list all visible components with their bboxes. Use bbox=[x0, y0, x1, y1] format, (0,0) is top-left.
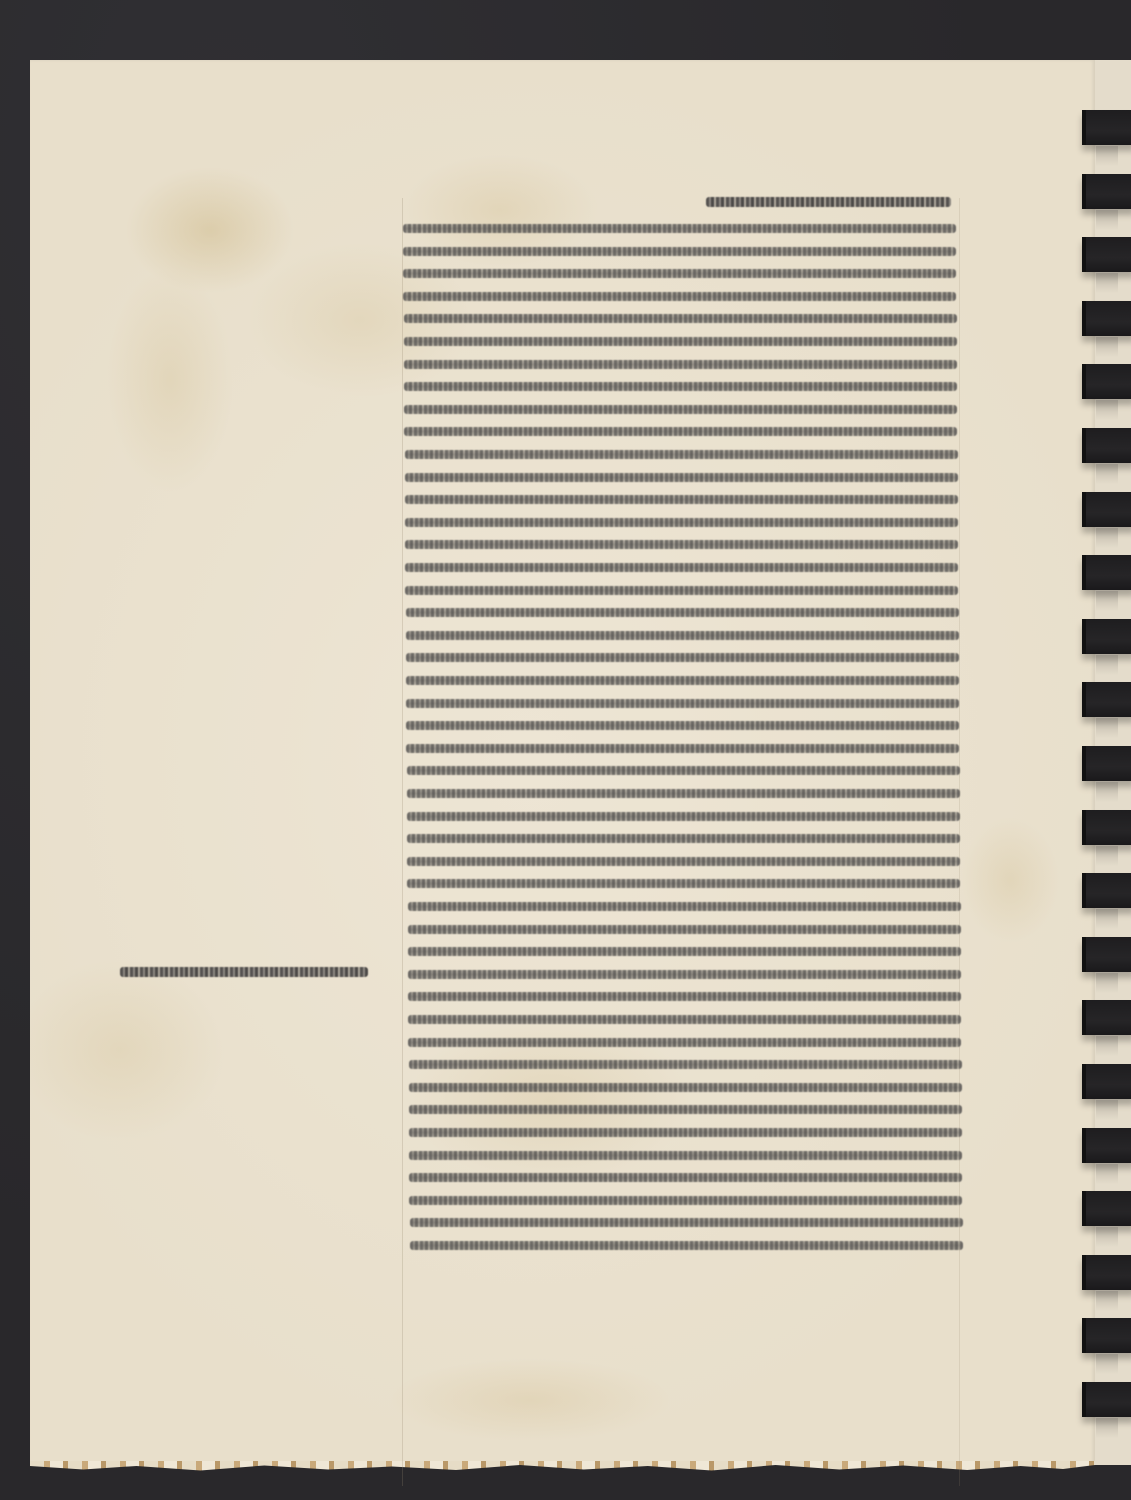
text-line-mark bbox=[405, 495, 958, 504]
text-line-mark bbox=[409, 1173, 962, 1182]
text-line-mark bbox=[407, 879, 960, 888]
text-line-mark bbox=[405, 563, 958, 572]
text-line-mark bbox=[407, 834, 960, 843]
text-line-mark bbox=[404, 382, 957, 391]
binding-coil bbox=[1082, 364, 1131, 399]
text-line-mark bbox=[404, 360, 957, 369]
margin-pencil-mark bbox=[120, 967, 368, 977]
binding-coil bbox=[1082, 810, 1131, 845]
binding-coil bbox=[1082, 746, 1131, 781]
text-line-mark bbox=[408, 902, 961, 911]
text-line-mark bbox=[409, 1151, 962, 1160]
binding-coil bbox=[1082, 110, 1131, 145]
binding-coil bbox=[1082, 301, 1131, 336]
text-line-mark bbox=[407, 789, 960, 798]
text-line-mark bbox=[405, 540, 958, 549]
text-line-mark bbox=[408, 925, 961, 934]
spiral-binding bbox=[1082, 100, 1131, 1430]
text-line-mark bbox=[404, 427, 957, 436]
text-line-mark bbox=[410, 1241, 963, 1250]
binding-coil bbox=[1082, 1128, 1131, 1163]
text-line-mark bbox=[405, 473, 958, 482]
binding-coil bbox=[1082, 555, 1131, 590]
text-line-mark bbox=[409, 1105, 962, 1114]
text-line-mark bbox=[405, 586, 958, 595]
text-line-mark bbox=[403, 247, 956, 256]
binding-coil bbox=[1082, 1382, 1131, 1417]
text-line-mark bbox=[403, 224, 956, 233]
text-line-mark bbox=[406, 744, 959, 753]
text-line-mark bbox=[408, 970, 961, 979]
text-line-mark bbox=[407, 766, 960, 775]
binding-coil bbox=[1082, 682, 1131, 717]
text-line-mark bbox=[406, 721, 959, 730]
text-line-mark bbox=[409, 1196, 962, 1205]
text-line-mark bbox=[409, 1083, 962, 1092]
text-line-mark bbox=[408, 1015, 961, 1024]
text-line-mark bbox=[403, 269, 956, 278]
text-line-mark bbox=[406, 676, 959, 685]
text-line-mark bbox=[404, 337, 957, 346]
binding-coil bbox=[1082, 1000, 1131, 1035]
text-line-mark bbox=[409, 1060, 962, 1069]
text-line-mark bbox=[406, 653, 959, 662]
binding-coil bbox=[1082, 428, 1131, 463]
binding-coil bbox=[1082, 174, 1131, 209]
binding-coil bbox=[1082, 1064, 1131, 1099]
header-pencil-mark bbox=[706, 197, 951, 207]
binding-coil bbox=[1082, 237, 1131, 272]
text-line-mark bbox=[407, 857, 960, 866]
text-line-mark bbox=[406, 608, 959, 617]
text-line-mark bbox=[405, 518, 958, 527]
text-line-mark bbox=[406, 631, 959, 640]
text-line-mark bbox=[408, 1038, 961, 1047]
binding-coil bbox=[1082, 873, 1131, 908]
text-line-mark bbox=[410, 1218, 963, 1227]
text-line-mark bbox=[405, 450, 958, 459]
text-line-mark bbox=[407, 812, 960, 821]
binding-coil bbox=[1082, 1255, 1131, 1290]
text-line-mark bbox=[409, 1128, 962, 1137]
text-line-mark bbox=[404, 314, 957, 323]
binding-coil bbox=[1082, 1318, 1131, 1353]
text-line-mark bbox=[403, 292, 956, 301]
binding-coil bbox=[1082, 1191, 1131, 1226]
text-line-mark bbox=[408, 992, 961, 1001]
text-line-mark bbox=[408, 947, 961, 956]
text-line-mark bbox=[404, 405, 957, 414]
text-line-mark bbox=[406, 699, 959, 708]
binding-coil bbox=[1082, 492, 1131, 527]
binding-coil bbox=[1082, 937, 1131, 972]
binding-coil bbox=[1082, 619, 1131, 654]
